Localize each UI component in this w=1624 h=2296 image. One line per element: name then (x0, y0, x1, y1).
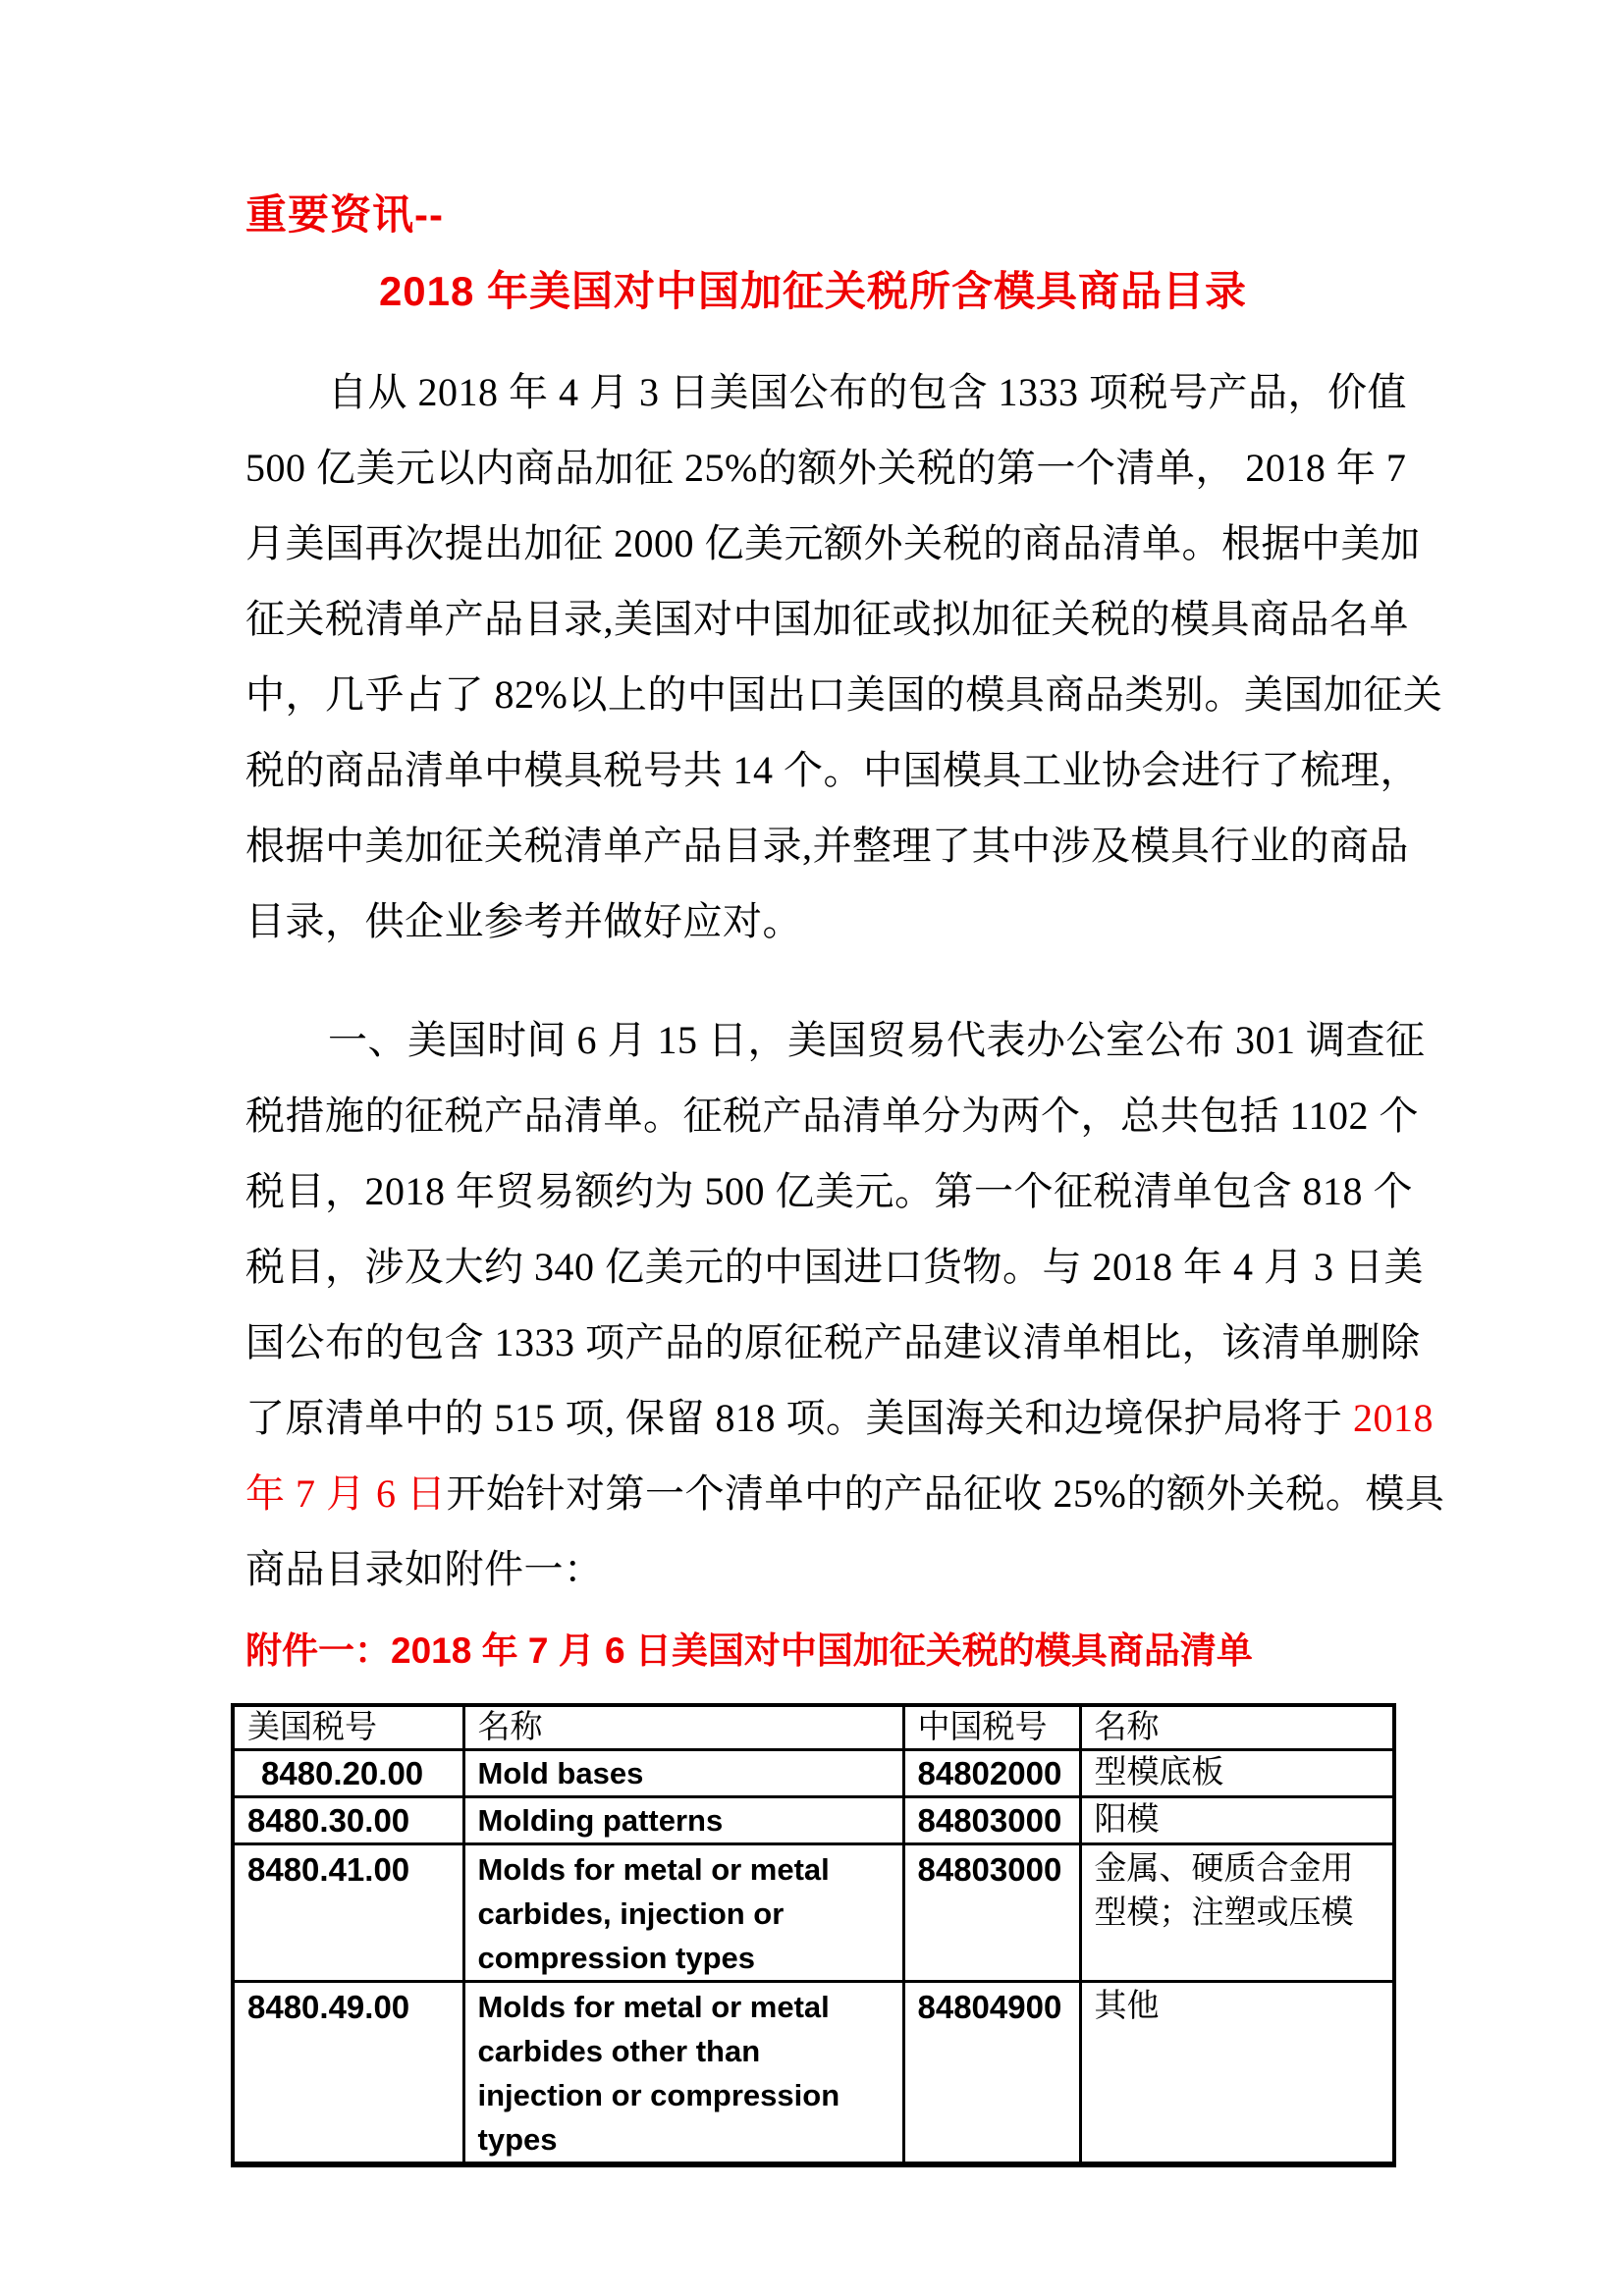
paragraph-1-line-2: 500 亿美元以内商品加征 25%的额外关税的第一个清单， 2018 年 7 (245, 430, 1380, 506)
paragraph-1: 自从 2018 年 4 月 3 日美国公布的包含 1333 项税号产品，价值 5… (245, 354, 1380, 959)
text-run: 商品目录如附件一： (245, 1547, 604, 1591)
cn-code-cell: 84803000 (903, 1844, 1080, 1982)
text-run: 税的商品清单中模具税号共 14 个。中国模具工业协会进行了梳理， (245, 748, 1420, 792)
paragraph-2-line-7: 年 7 月 6 日开始针对第一个清单中的产品征收 25%的额外关税。模具 (245, 1456, 1380, 1531)
header-name-cn: 名称 (1080, 1705, 1394, 1750)
paragraph-2-line-4: 税目，涉及大约 340 亿美元的中国进口货物。与 2018 年 4 月 3 日美 (245, 1229, 1380, 1305)
paragraph-1-line-8: 目录，供企业参考并做好应对。 (245, 883, 1380, 959)
attachment-heading: 附件一：2018 年 7 月 6 日美国对中国加征关税的模具商品清单 (245, 1627, 1380, 1676)
text-run: 征关税清单产品目录,美国对中国加征或拟加征关税的模具商品名单 (245, 597, 1409, 641)
name-cn-cell: 金属、硬质合金用型模；注塑或压模 (1080, 1844, 1394, 1982)
highlight-date: 2018 (1353, 1396, 1434, 1440)
paragraph-2: 一、美国时间 6 月 15 日，美国贸易代表办公室公布 301 调查征 税措施的… (245, 1002, 1380, 1607)
document-content: 重要资讯-- 2018 年美国对中国加征关税所含模具商品目录 自从 2018 年… (0, 0, 1624, 2167)
paragraph-1-line-4: 征关税清单产品目录,美国对中国加征或拟加征关税的模具商品名单 (245, 581, 1380, 657)
highlight-date: 年 7 月 6 日 (245, 1471, 447, 1516)
table-row: 8480.30.00 Molding patterns 84803000 阳模 (233, 1797, 1394, 1844)
cn-code-cell: 84804900 (903, 1982, 1080, 2165)
text-run: 税目，涉及大约 340 亿美元的中国进口货物。与 2018 年 4 月 3 日美 (245, 1245, 1424, 1289)
text-run: 一、美国时间 6 月 15 日，美国贸易代表办公室公布 301 调查征 (328, 1018, 1426, 1062)
cn-code-cell: 84803000 (903, 1797, 1080, 1844)
text-run: 税措施的征税产品清单。征税产品清单分为两个，总共包括 1102 个 (245, 1094, 1419, 1138)
paragraph-2-line-5: 国公布的包含 1333 项产品的原征税产品建议清单相比，该清单删除 (245, 1305, 1380, 1380)
header-us-code: 美国税号 (233, 1705, 463, 1750)
name-cn-cell: 其他 (1080, 1982, 1394, 2165)
text-run: 目录，供企业参考并做好应对。 (245, 899, 802, 943)
paragraph-1-line-7: 根据中美加征关税清单产品目录,并整理了其中涉及模具行业的商品 (245, 808, 1380, 883)
cn-code-cell: 84802000 (903, 1750, 1080, 1797)
text-run: 月美国再次提出加征 2000 亿美元额外关税的商品清单。根据中美加 (245, 521, 1421, 565)
header-name-en: 名称 (463, 1705, 903, 1750)
us-code-cell: 8480.30.00 (233, 1797, 463, 1844)
document-page: 重要资讯-- 2018 年美国对中国加征关税所含模具商品目录 自从 2018 年… (0, 0, 1624, 2296)
table-row: 8480.41.00 Molds for metal or metal carb… (233, 1844, 1394, 1982)
header-cn-code: 中国税号 (903, 1705, 1080, 1750)
text-run: 开始针对第一个清单中的产品征收 25%的额外关税。模具 (447, 1471, 1445, 1516)
text-run: 自从 2018 年 4 月 3 日美国公布的包含 1333 项税号产品，价值 (328, 370, 1407, 414)
paragraph-2-line-2: 税措施的征税产品清单。征税产品清单分为两个，总共包括 1102 个 (245, 1078, 1380, 1153)
text-run: 中，几乎占了 82%以上的中国出口美国的模具商品类别。美国加征关 (245, 672, 1442, 717)
tariff-table: 美国税号 名称 中国税号 名称 8480.20.00 Mold bases 84… (231, 1703, 1396, 2167)
us-code-cell: 8480.20.00 (233, 1750, 463, 1797)
us-code-cell: 8480.41.00 (233, 1844, 463, 1982)
name-en-cell: Molds for metal or metal carbides, injec… (463, 1844, 903, 1982)
table-row: 8480.20.00 Mold bases 84802000 型模底板 (233, 1750, 1394, 1797)
paragraph-2-line-3: 税目，2018 年贸易额约为 500 亿美元。第一个征税清单包含 818 个 (245, 1153, 1380, 1229)
us-code-cell: 8480.49.00 (233, 1982, 463, 2165)
paragraph-1-line-3: 月美国再次提出加征 2000 亿美元额外关税的商品清单。根据中美加 (245, 506, 1380, 581)
name-en-cell: Mold bases (463, 1750, 903, 1797)
kicker-heading: 重要资讯-- (245, 189, 1380, 240)
paragraph-2-line-6: 了原清单中的 515 项, 保留 818 项。美国海关和边境保护局将于 2018 (245, 1380, 1380, 1456)
text-run: 了原清单中的 515 项, 保留 818 项。美国海关和边境保护局将于 (245, 1396, 1353, 1440)
paragraph-1-line-6: 税的商品清单中模具税号共 14 个。中国模具工业协会进行了梳理， (245, 732, 1380, 808)
paragraph-2-line-8: 商品目录如附件一： (245, 1531, 1380, 1607)
text-run: 500 亿美元以内商品加征 25%的额外关税的第一个清单， 2018 年 7 (245, 446, 1406, 490)
name-cn-cell: 阳模 (1080, 1797, 1394, 1844)
table-header-row: 美国税号 名称 中国税号 名称 (233, 1705, 1394, 1750)
name-en-cell: Molds for metal or metal carbides other … (463, 1982, 903, 2165)
paragraph-1-line-5: 中，几乎占了 82%以上的中国出口美国的模具商品类别。美国加征关 (245, 657, 1380, 732)
document-title: 2018 年美国对中国加征关税所含模具商品目录 (245, 266, 1380, 317)
table-row: 8480.49.00 Molds for metal or metal carb… (233, 1982, 1394, 2165)
paragraph-2-line-1: 一、美国时间 6 月 15 日，美国贸易代表办公室公布 301 调查征 (245, 1002, 1380, 1078)
text-run: 税目，2018 年贸易额约为 500 亿美元。第一个征税清单包含 818 个 (245, 1169, 1413, 1213)
paragraph-1-line-1: 自从 2018 年 4 月 3 日美国公布的包含 1333 项税号产品，价值 (245, 354, 1380, 430)
name-cn-cell: 型模底板 (1080, 1750, 1394, 1797)
text-run: 根据中美加征关税清单产品目录,并整理了其中涉及模具行业的商品 (245, 824, 1409, 868)
name-en-cell: Molding patterns (463, 1797, 903, 1844)
text-run: 国公布的包含 1333 项产品的原征税产品建议清单相比，该清单删除 (245, 1320, 1421, 1364)
